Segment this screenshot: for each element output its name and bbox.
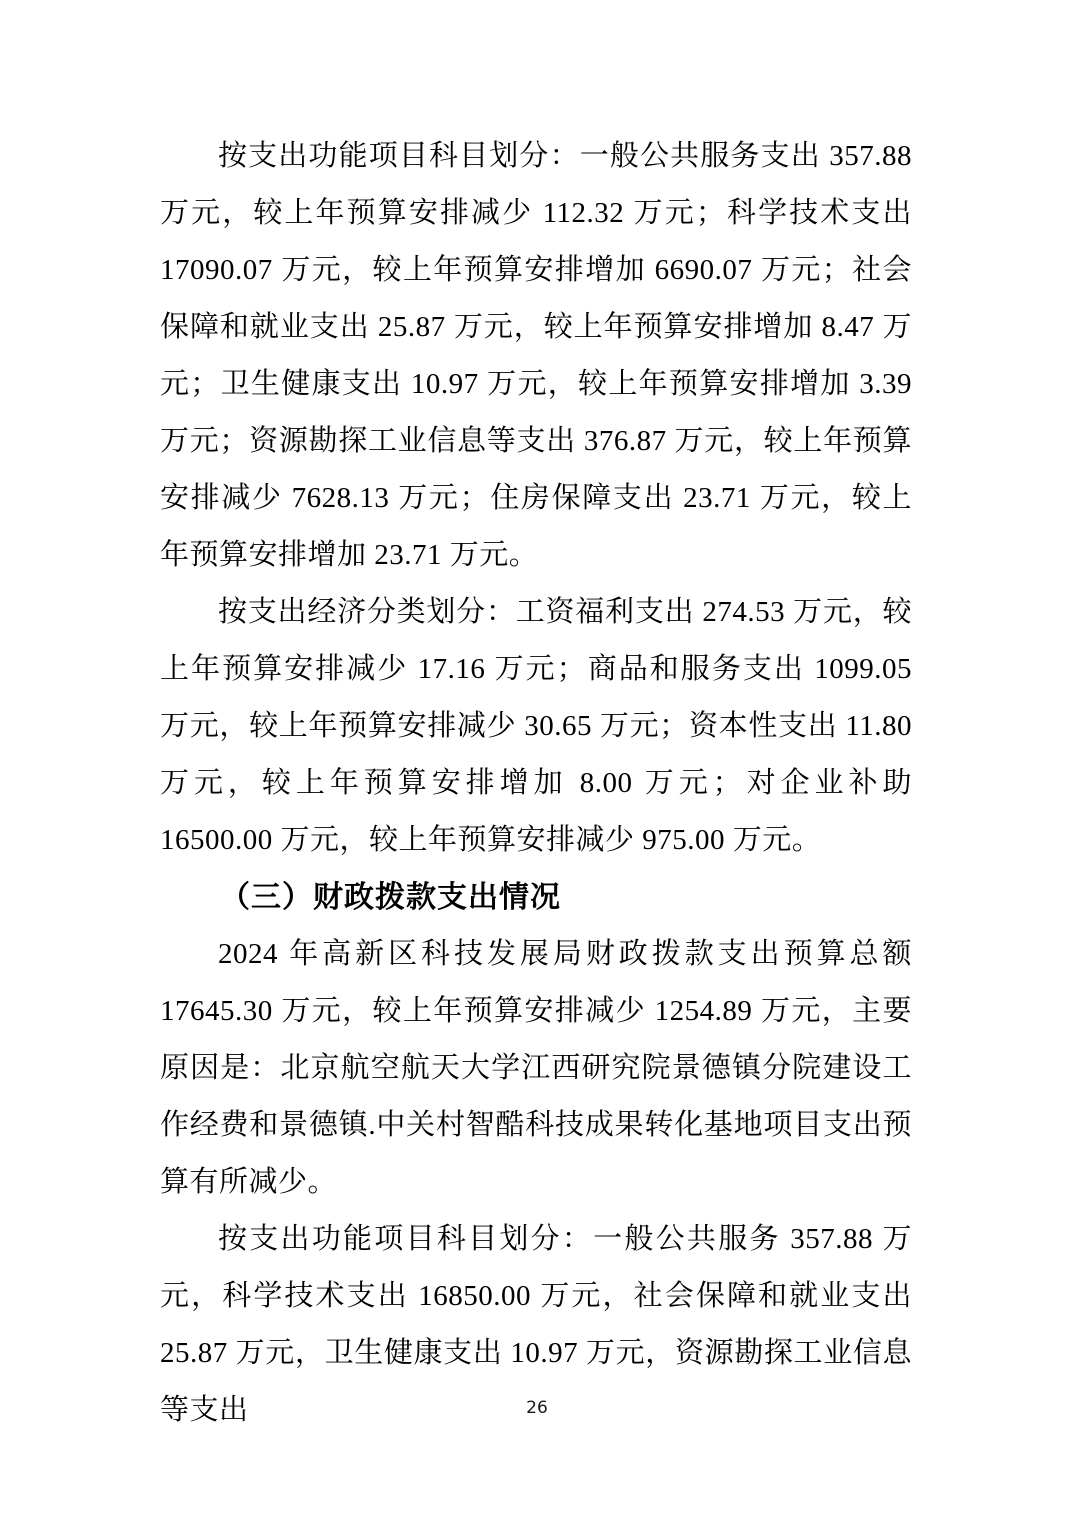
section-heading-fiscal-allocation-expenditure: （三）财政拨款支出情况 (160, 869, 912, 926)
paragraph-fiscal-allocation-total: 2024 年高新区科技发展局财政拨款支出预算总额 17645.30 万元，较上年… (160, 926, 912, 1211)
page-footer: 26 (0, 1398, 1074, 1418)
document-page: 按支出功能项目科目划分：一般公共服务支出 357.88 万元，较上年预算安排减少… (0, 0, 1074, 1520)
paragraph-expenditure-by-function: 按支出功能项目科目划分：一般公共服务支出 357.88 万元，较上年预算安排减少… (160, 128, 912, 584)
page-number: 26 (526, 1398, 548, 1418)
paragraph-expenditure-by-economic-class: 按支出经济分类划分：工资福利支出 274.53 万元，较上年预算安排减少 17.… (160, 584, 912, 869)
document-body: 按支出功能项目科目划分：一般公共服务支出 357.88 万元，较上年预算安排减少… (160, 128, 912, 1439)
